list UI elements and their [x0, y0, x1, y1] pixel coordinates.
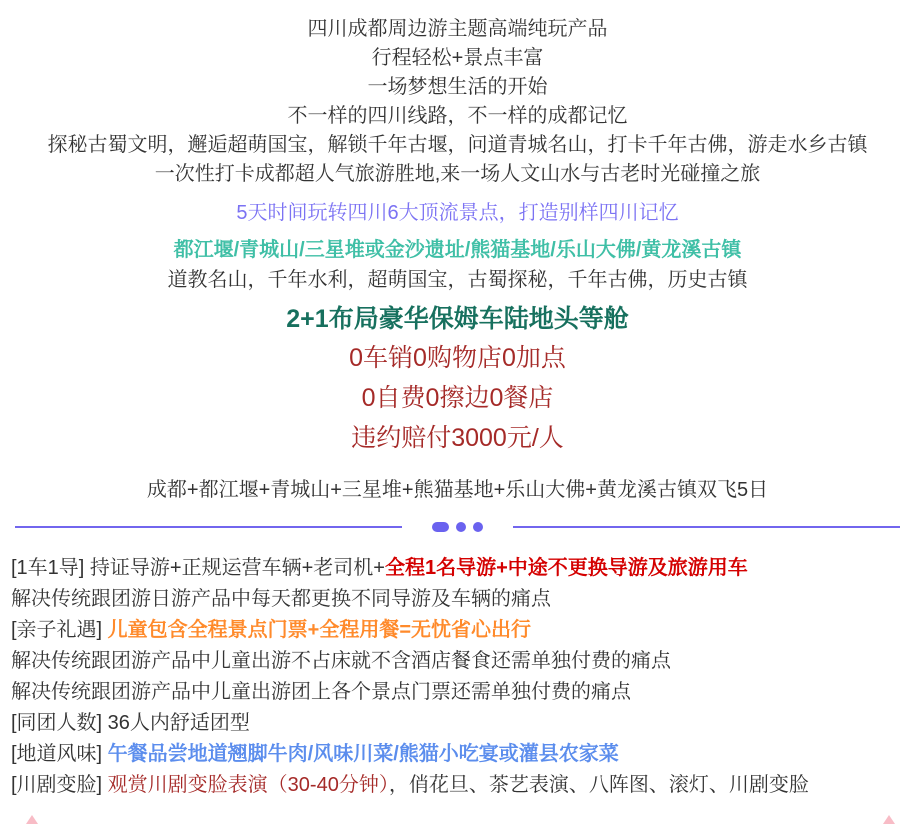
feature-text: [亲子礼遇] — [11, 619, 108, 641]
divider-dot-icon — [473, 522, 483, 532]
feature-text: 解决传统跟团游日游产品中每天都更换不同导游及车辆的痛点 — [11, 588, 551, 610]
feature-row-guide: [1车1导] 持证导游+正规运营车辆+老司机+全程1名导游+中途不更换导游及旅游… — [11, 553, 901, 584]
promo-slogan: 一场梦想生活的开始 — [0, 73, 915, 102]
promo-title: 四川成都周边游主题高端纯玩产品 — [0, 15, 915, 44]
promo-description-1: 探秘古蜀文明，邂逅超萌国宝，解锁千年古堰，问道青城名山，打卡千年古佛，游走水乡古… — [0, 131, 915, 160]
pink-decoration-icon — [883, 815, 895, 824]
route-summary-line: 成都+都江堰+青城山+三星堆+熊猫基地+乐山大佛+黄龙溪古镇双飞5日 — [0, 476, 915, 505]
feature-text: [地道风味] — [11, 743, 108, 765]
feature-text: 解决传统跟团游产品中儿童出游不占床就不含酒店餐食还需单独付费的痛点 — [11, 650, 671, 672]
spots-list-line: 都江堰/青城山/三星堆或金沙遗址/熊猫基地/乐山大佛/黄龙溪古镇 — [0, 236, 915, 265]
feature-row-family: [亲子礼遇] 儿童包含全程景点门票+全程用餐=无忧省心出行 — [11, 615, 901, 646]
feature-row-opera: [川剧变脸] 观赏川剧变脸表演（30-40分钟），俏花旦、茶艺表演、八阵图、滚灯… — [11, 770, 901, 801]
feature-highlight: 午餐品尝地道翘脚牛肉/风味川菜/熊猫小吃宴或灌县农家菜 — [108, 743, 619, 765]
bus-class-line: 2+1布局豪华保姆车陆地头等舱 — [0, 301, 915, 338]
itinerary-highlight-line: 5天时间玩转四川6大顶流景点，打造别样四川记忆 — [0, 199, 915, 228]
feature-row-food: [地道风味] 午餐品尝地道翘脚牛肉/风味川菜/熊猫小吃宴或灌县农家菜 — [11, 739, 901, 770]
feature-text: 解决传统跟团游产品中儿童出游团上各个景点门票还需单独付费的痛点 — [11, 681, 631, 703]
promo-description-2: 一次性打卡成都超人气旅游胜地,来一场人文山水与古老时光碰撞之旅 — [0, 160, 915, 189]
divider-line-left — [15, 526, 402, 528]
feature-text: ，俏花旦、茶艺表演、八阵图、滚灯、川剧变脸 — [389, 774, 809, 796]
feature-row-painpoint-meal: 解决传统跟团游产品中儿童出游不占床就不含酒店餐食还需单独付费的痛点 — [11, 646, 901, 677]
feature-list: [1车1导] 持证导游+正规运营车辆+老司机+全程1名导游+中途不更换导游及旅游… — [11, 553, 901, 801]
divider-dots — [432, 522, 483, 532]
promo-header: 四川成都周边游主题高端纯玩产品 行程轻松+景点丰富 一场梦想生活的开始 不一样的… — [0, 0, 915, 505]
feature-highlight: 全程1名导游+中途不更换导游及旅游用车 — [385, 557, 748, 579]
pink-decoration-icon — [26, 815, 38, 824]
promise-line-3: 违约赔付3000元/人 — [0, 418, 915, 458]
feature-highlight: 儿童包含全程景点门票+全程用餐=无忧省心出行 — [108, 619, 531, 641]
feature-row-group-size: [同团人数] 36人内舒适团型 — [11, 708, 901, 739]
feature-text: [1车1导] 持证导游+正规运营车辆+老司机+ — [11, 557, 385, 579]
feature-row-painpoint-ticket: 解决传统跟团游产品中儿童出游团上各个景点门票还需单独付费的痛点 — [11, 677, 901, 708]
divider-dot-icon — [432, 522, 449, 532]
divider-line-right — [513, 526, 900, 528]
feature-row-painpoint-guide: 解决传统跟团游日游产品中每天都更换不同导游及车辆的痛点 — [11, 584, 901, 615]
promo-subtitle: 行程轻松+景点丰富 — [0, 44, 915, 73]
promise-line-2: 0自费0擦边0餐店 — [0, 378, 915, 418]
promo-tagline: 不一样的四川线路，不一样的成都记忆 — [0, 102, 915, 131]
promise-line-1: 0车销0购物店0加点 — [0, 338, 915, 378]
section-divider — [15, 521, 900, 533]
feature-text: [川剧变脸] — [11, 774, 108, 796]
feature-text: [同团人数] 36人内舒适团型 — [11, 712, 250, 734]
themes-line: 道教名山，千年水利，超萌国宝，古蜀探秘，千年古佛，历史古镇 — [0, 265, 915, 295]
feature-highlight: 观赏川剧变脸表演（30-40分钟） — [108, 774, 389, 796]
divider-dot-icon — [456, 522, 466, 532]
